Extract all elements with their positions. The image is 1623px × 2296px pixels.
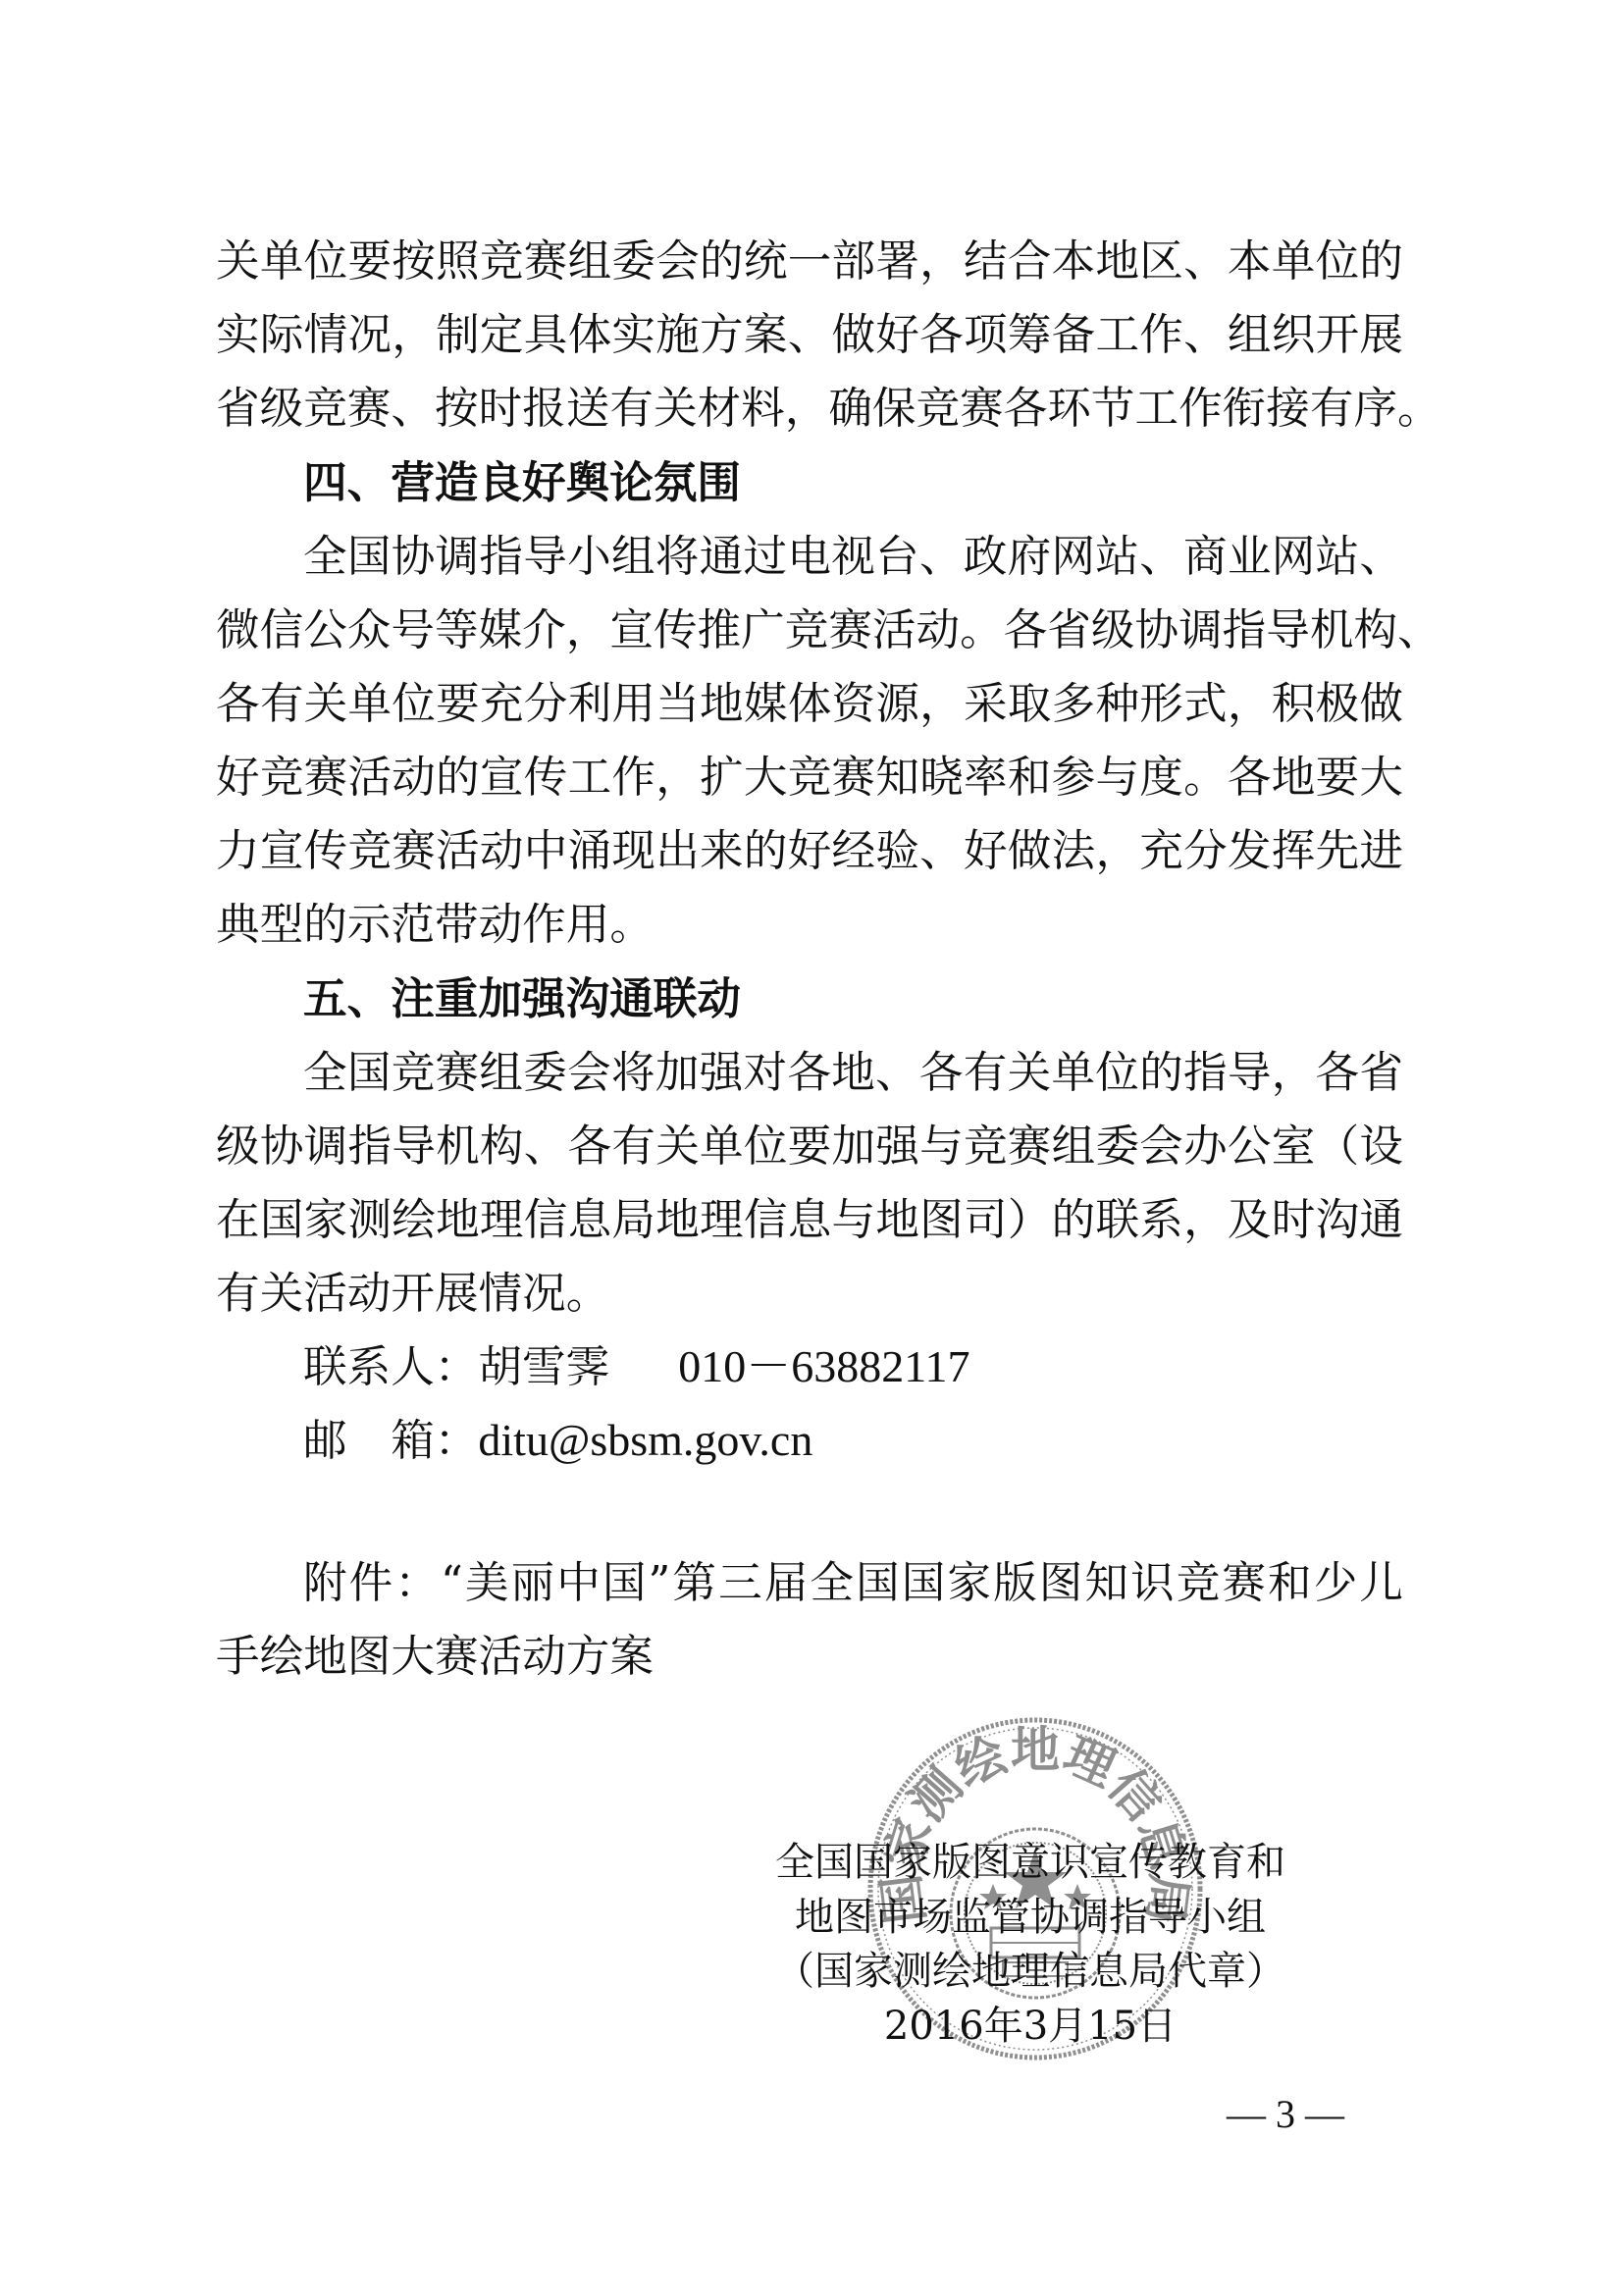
- paragraph-line: 微信公众号等媒介，宣传推广竞赛活动。各省级协调指导机构、: [216, 600, 1403, 659]
- paragraph-line: 省级竞赛、按时报送有关材料，确保竞赛各环节工作衔接有序。: [216, 379, 1403, 438]
- paragraph-line: 好竞赛活动的宣传工作，扩大竞赛知晓率和参与度。各地要大: [216, 748, 1403, 807]
- attachment-line: 手绘地图大赛活动方案: [216, 1627, 1403, 1686]
- paragraph-line: 全国协调指导小组将通过电视台、政府网站、商业网站、: [303, 527, 1403, 586]
- section-heading-4: 四、营造良好舆论氛围: [303, 453, 1403, 512]
- paragraph-line: 有关活动开展情况。: [216, 1264, 1403, 1323]
- document-page: 关单位要按照竞赛组委会的统一部署，结合本地区、本单位的 实际情况，制定具体实施方…: [0, 0, 1623, 2296]
- paragraph-line: 级协调指导机构、各有关单位要加强与竞赛组委会办公室（设: [216, 1117, 1403, 1175]
- attachment-line: 附件：“美丽中国”第三届全国国家版图知识竞赛和少儿: [303, 1553, 1403, 1612]
- contact-person-label: 联系人：: [303, 1337, 478, 1396]
- contact-phone: 010－63882117: [678, 1337, 969, 1396]
- paragraph-line: 典型的示范带动作用。: [216, 895, 1403, 954]
- contact-person-name: 胡雪霁: [478, 1337, 609, 1396]
- paragraph-line: 在国家测绘地理信息局地理信息与地图司）的联系，及时沟通: [216, 1190, 1403, 1249]
- page-number: — 3 —: [1227, 2090, 1344, 2139]
- signature-line: 全国国家版图意识宣传教育和: [726, 1839, 1335, 1886]
- paragraph-line: 各有关单位要充分利用当地媒体资源，采取多种形式，积极做: [216, 674, 1403, 733]
- contact-email-link[interactable]: ditu@sbsm.gov.cn: [478, 1411, 812, 1470]
- paragraph-line: 关单位要按照竞赛组委会的统一部署，结合本地区、本单位的: [216, 232, 1403, 290]
- contact-person-row: 联系人：胡雪霁010－63882117: [303, 1337, 1403, 1396]
- signature-line: （国家测绘地理信息局代章）: [726, 1948, 1335, 1995]
- signature-line: 地图市场监管协调指导小组: [726, 1894, 1335, 1941]
- signature-date: 2016年3月15日: [726, 2003, 1335, 2050]
- paragraph-line: 力宣传竞赛活动中涌现出来的好经验、好做法，充分发挥先进: [216, 821, 1403, 880]
- contact-email-label: 邮 箱：: [303, 1411, 478, 1470]
- paragraph-line: 全国竞赛组委会将加强对各地、各有关单位的指导，各省: [303, 1043, 1403, 1102]
- section-heading-5: 五、注重加强沟通联动: [303, 969, 1403, 1028]
- paragraph-line: 实际情况，制定具体实施方案、做好各项筹备工作、组织开展: [216, 305, 1403, 364]
- contact-email-row: 邮 箱：ditu@sbsm.gov.cn: [303, 1411, 1403, 1470]
